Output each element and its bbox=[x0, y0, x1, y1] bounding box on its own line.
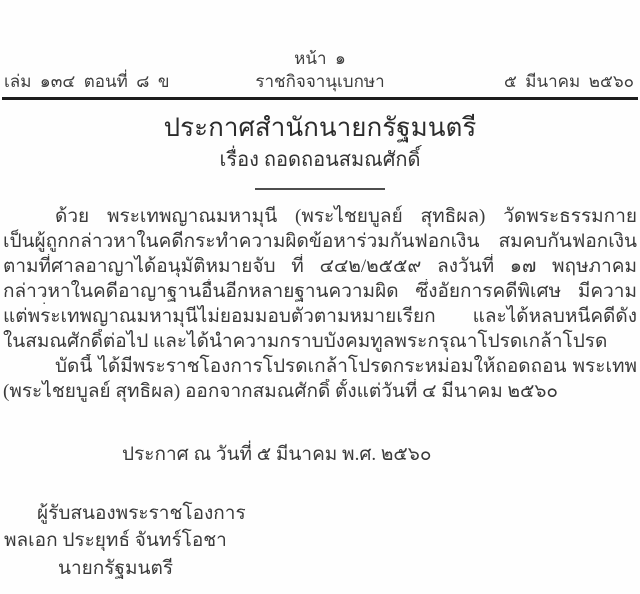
body-line: กล่าวหาในคดีอาญาฐานอื่นอีกหลายฐานความผิด… bbox=[3, 279, 637, 304]
signer-title: นายกรัฐมนตรี bbox=[0, 555, 640, 582]
masthead: หน้า ๑ ราชกิจจานุเบกษา เล่ม ๑๓๔ ตอนที่ ๘… bbox=[0, 0, 640, 100]
gazette-title: ราชกิจจานุเบกษา bbox=[0, 70, 640, 94]
document-body: ด้วย พระเทพญาณมหามุนี (พระไชยบูลย์ สุทธิ… bbox=[0, 204, 640, 404]
document-title: ประกาศสำนักนายกรัฐมนตรี bbox=[0, 113, 640, 143]
signer-name: พลเอก ประยุทธ์ จันทร์โอชา bbox=[0, 527, 640, 555]
body-line: บัดนี้ ได้มีพระราชโองการโปรดเกล้าโปรดกระ… bbox=[3, 354, 637, 379]
masthead-row: ราชกิจจานุเบกษา เล่ม ๑๓๔ ตอนที่ ๘ ข ๕ มี… bbox=[0, 70, 640, 94]
body-line: ตามที่ศาลอาญาได้อนุมัติหมายจับ ที่ ๔๔๒/๒… bbox=[3, 254, 637, 279]
subject-divider bbox=[255, 188, 385, 190]
body-line: (พระไชยบูลย์ สุทธิผล) ออกจากสมณศักดิ์ ตั… bbox=[3, 379, 637, 404]
countersign-label: ผู้รับสนองพระราชโองการ bbox=[0, 500, 640, 527]
page-number-label: หน้า ๑ bbox=[0, 48, 640, 70]
body-line: แต่พระเทพญาณมหามุนีไม่ยอมมอบตัวตามหมายเร… bbox=[3, 304, 637, 329]
body-line: ในสมณศักดิ์ต่อไป และได้นำความกราบบังคมทู… bbox=[3, 329, 637, 354]
signature-block: ผู้รับสนองพระราชโองการ พลเอก ประยุทธ์ จั… bbox=[0, 500, 640, 582]
masthead-rule bbox=[2, 97, 638, 100]
gazette-page: หน้า ๑ ราชกิจจานุเบกษา เล่ม ๑๓๔ ตอนที่ ๘… bbox=[0, 0, 640, 594]
proclamation-date-line: ประกาศ ณ วันที่ ๕ มีนาคม พ.ศ. ๒๕๖๐ bbox=[0, 442, 640, 467]
document-subject: เรื่อง ถอดถอนสมณศักดิ์ bbox=[0, 148, 640, 172]
body-line: เป็นผู้ถูกกล่าวหาในคดีกระทำความผิดข้อหาร… bbox=[3, 229, 637, 254]
body-line: ด้วย พระเทพญาณมหามุนี (พระไชยบูลย์ สุทธิ… bbox=[3, 204, 637, 229]
